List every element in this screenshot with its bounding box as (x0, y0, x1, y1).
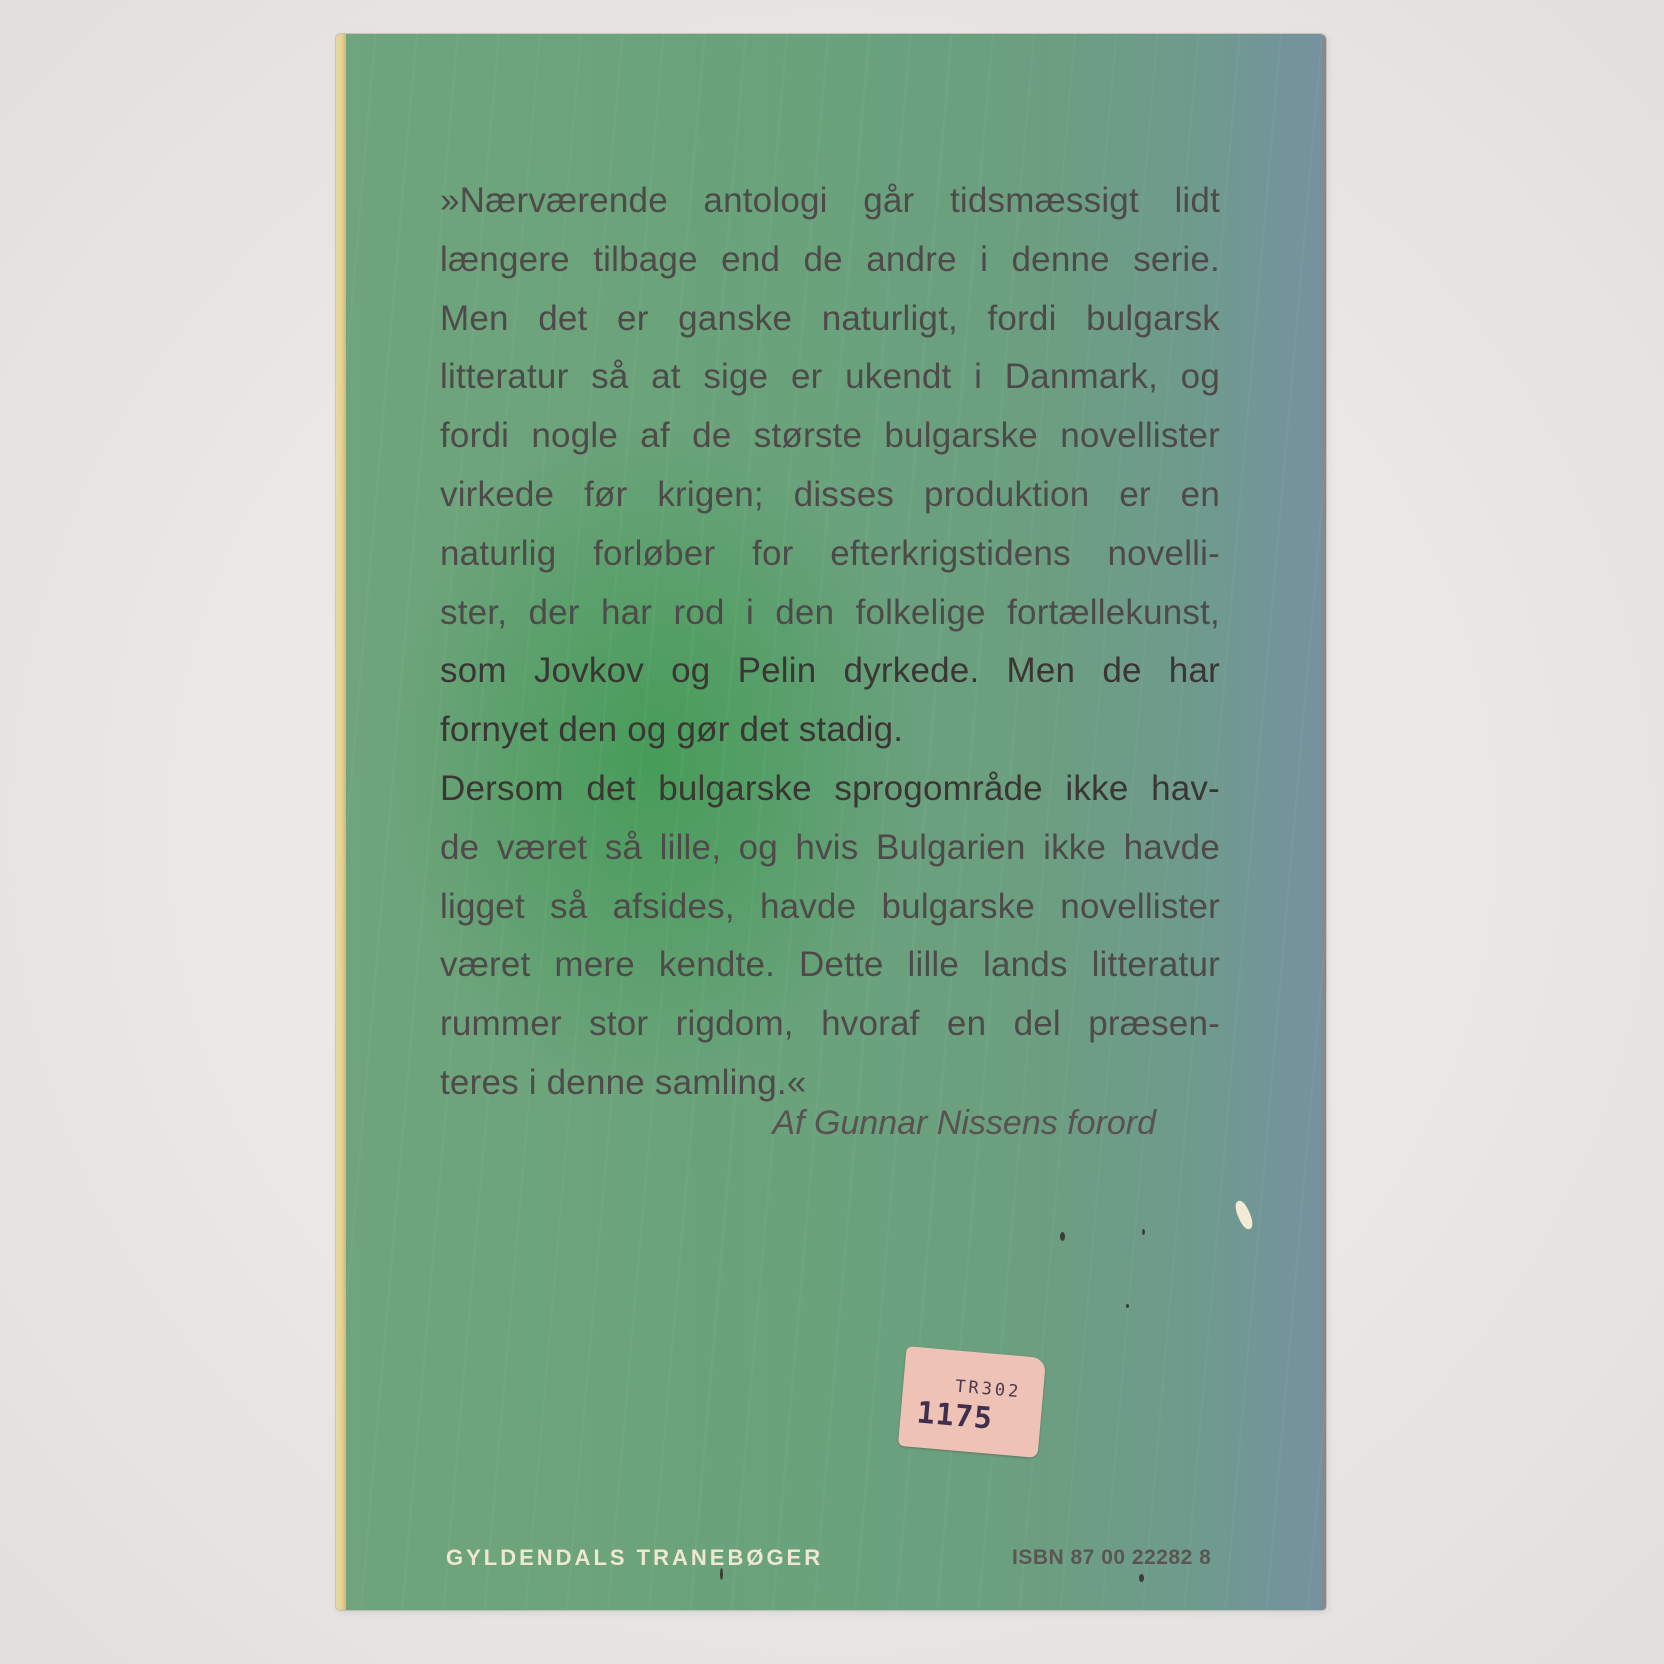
blurb-line: været mere kendte. Dette lille lands lit… (440, 936, 1220, 995)
blurb-line: rummer stor rigdom, hvoraf en del præsen… (440, 995, 1220, 1054)
blurb-line: Dersom det bulgarske sprogområde ikke ha… (440, 760, 1220, 819)
isbn: ISBN 87 00 22282 8 (1012, 1546, 1211, 1570)
sticker-number: 1175 (915, 1395, 994, 1437)
book-back-cover: »Nærværende antologi går tidsmæssigt lid… (336, 34, 1326, 1610)
dirt-speck (1139, 1574, 1144, 1582)
blurb-line: de været så lille, og hvis Bulgarien ikk… (440, 819, 1220, 878)
photo-scene: »Nærværende antologi går tidsmæssigt lid… (0, 0, 1664, 1664)
blurb-line: naturlig forløber for efterkrigstidens n… (440, 525, 1220, 584)
blurb-line: litteratur så at sige er ukendt i Danmar… (440, 348, 1220, 407)
dirt-speck (1126, 1304, 1129, 1308)
blurb-line: ligget så afsides, havde bulgarske novel… (440, 878, 1220, 937)
price-sticker: TR302 1175 (898, 1346, 1046, 1458)
page-edge (336, 34, 346, 1610)
blurb-line: længere tilbage end de andre i denne ser… (440, 231, 1220, 290)
cover-edge (1320, 34, 1326, 1610)
blurb-line: som Jovkov og Pelin dyrkede. Men de har (440, 642, 1220, 701)
blurb-line: Men det er ganske naturligt, fordi bulga… (440, 290, 1220, 349)
blurb-line: fordi nogle af de største bulgarske nove… (440, 407, 1220, 466)
blurb-line: »Nærværende antologi går tidsmæssigt lid… (440, 172, 1220, 231)
dirt-speck (720, 1568, 723, 1580)
dirt-speck (1060, 1232, 1065, 1241)
dirt-speck (1142, 1229, 1145, 1235)
publisher-name: GYLDENDALS TRANEBØGER (446, 1545, 823, 1571)
blurb-line: fornyet den og gør det stadig. (440, 701, 1220, 760)
blurb-line: virkede før krigen; disses produktion er… (440, 466, 1220, 525)
blurb-text: »Nærværende antologi går tidsmæssigt lid… (440, 172, 1220, 1113)
blurb-line: ster, der har rod i den folkelige fortæl… (440, 584, 1220, 643)
paint-chip (1232, 1199, 1256, 1231)
attribution: Af Gunnar Nissens forord (772, 1104, 1156, 1143)
